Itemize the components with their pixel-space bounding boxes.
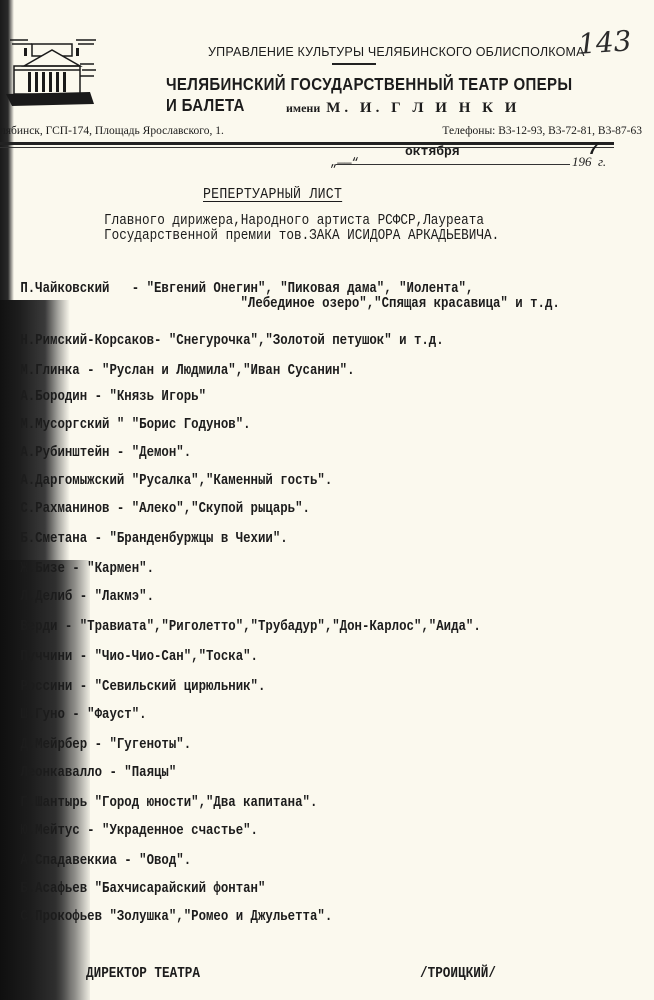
repertoire-item: М.Мусоргский " "Борис Годунов". [10,418,251,433]
item-text: Б.Асафьев "Бахчисарайский фонтан" [20,881,265,897]
repertoire-item: Россини - "Севильский цирюльник". [10,680,265,695]
repertoire-item: А.Рубинштейн - "Демон". [10,446,191,461]
item-text: Леонкавалло - "Паяцы" [20,765,176,781]
repertoire-item: С.Рахманинов - "Алеко","Скупой рыцарь". [10,502,310,517]
item-text: М.Глинка - "Руслан и Людмила","Иван Суса… [20,363,354,379]
item-text: А.Даргомыжский "Русалка","Каменный гость… [20,473,332,489]
addressee-line-2: Государственной премии тов.ЗАКА ИСИДОРА … [104,228,499,244]
repertoire-item: Б.Сметана - "Бранденбуржцы в Чехии". [10,532,288,547]
signature-name: /ТРОИЦКИЙ/ [420,966,496,982]
item-text: Верди - "Травиата","Риголетто","Трубадур… [20,619,480,635]
repertoire-item: Ж.Бизе - "Кармен". [10,562,154,577]
repertoire-item: А.Спадавеккиа - "Овод". [10,854,191,869]
item-text: С.Рахманинов - "Алеко","Скупой рыцарь". [20,501,310,517]
item-text: Б.Сметана - "Бранденбуржцы в Чехии". [20,531,287,547]
repertoire-item: М.Глинка - "Руслан и Людмила","Иван Суса… [10,364,355,379]
header-rule [0,142,614,145]
handwritten-page-number: 143 [577,24,633,61]
address: лябинск, ГСП-174, Площадь Ярославского, … [0,125,224,137]
org-divider [332,63,376,65]
item-text: Ш.Гуно - "Фауст". [20,707,146,723]
scan-shadow-edge [0,0,70,1000]
named-after: имениМ. И. Г Л И Н К И [286,100,520,117]
item-text: М.Мусоргский " "Борис Годунов". [20,417,250,433]
item-text: А.Рубинштейн - "Демон". [20,445,191,461]
named-after-name: М. И. Г Л И Н К И [326,100,520,116]
repertoire-item: Б.Асафьев "Бахчисарайский фонтан" [10,882,265,897]
date-underline [336,164,570,165]
item-text: Н.Римский-Корсаков- "Снегурочка","Золото… [20,333,443,349]
repertoire-item: Ю.Мейтус - "Украденное счастье". [10,824,258,839]
item-text: Ж.Бизе - "Кармен". [20,561,154,577]
item-text: А.Бородин - "Князь Игорь" [20,389,206,405]
header-rule-thin [0,147,614,148]
date-month: октября [405,144,460,159]
repertoire-item: А.Даргомыжский "Русалка","Каменный гость… [10,474,332,489]
repertoire-item: Н.Римский-Корсаков- "Снегурочка","Золото… [10,334,444,349]
item-text: Россини - "Севильский цирюльник". [20,679,265,695]
item-text: Д.Мейрбер - "Гугеноты". [20,737,191,753]
item-text: Г.Шантырь "Город юности","Два капитана". [20,795,317,811]
repertoire-item: Пуччини - "Чио-Чио-Сан","Тоска". [10,650,258,665]
item-text: Ю.Мейтус - "Украденное счастье". [20,823,258,839]
date-year-suffix: г. [598,154,606,169]
repertoire-item: Л.Делиб - "Лакмэ". [10,590,154,605]
signature-title: ДИРЕКТОР ТЕАТРА [86,966,200,982]
date-year-printed: 196 [572,154,592,169]
addressee: Главного дирижера,Народного артиста РСФС… [104,214,579,244]
item-text: Пуччини - "Чио-Чио-Сан","Тоска". [20,649,258,665]
item-text: Л.Делиб - "Лакмэ". [20,589,154,605]
phone-numbers: Телефоны: В3-12-93, В3-72-81, В3-87-63 [442,125,642,137]
repertoire-item: П.Чайковский - "Евгений Онегин", "Пикова… [10,282,560,312]
repertoire-item: Д.Мейрбер - "Гугеноты". [10,738,191,753]
named-prefix: имени [286,101,320,115]
organization-name: УПРАВЛЕНИЕ КУЛЬТУРЫ ЧЕЛЯБИНСКОГО ОБЛИСПО… [208,45,585,59]
addressee-line-1: Главного дирижера,Народного артиста РСФС… [104,213,484,229]
item-text: А.Спадавеккиа - "Овод". [20,853,191,869]
repertoire-item: Леонкавалло - "Паяцы" [10,766,176,781]
item-text: С.Прокофьев "Золушка","Ромео и Джульетта… [20,909,332,925]
repertoire-item: А.Бородин - "Князь Игорь" [10,390,206,405]
repertoire-item: С.Прокофьев "Золушка","Ромео и Джульетта… [10,910,332,925]
repertoire-item: Г.Шантырь "Город юности","Два капитана". [10,796,317,811]
date-year: 196 г. [572,154,606,170]
date-day-blank: „——“ [330,156,359,170]
item-text-continuation: "Лебединое озеро","Спящая красавица" и т… [10,297,560,312]
theatre-building-icon [6,34,98,110]
repertoire-item: Ш.Гуно - "Фауст". [10,708,147,723]
item-text: П.Чайковский - "Евгений Онегин", "Пикова… [20,281,473,297]
document-title: РЕПЕРТУАРНЫЙ ЛИСТ [203,186,342,203]
repertoire-item: Верди - "Травиата","Риголетто","Трубадур… [10,620,481,635]
